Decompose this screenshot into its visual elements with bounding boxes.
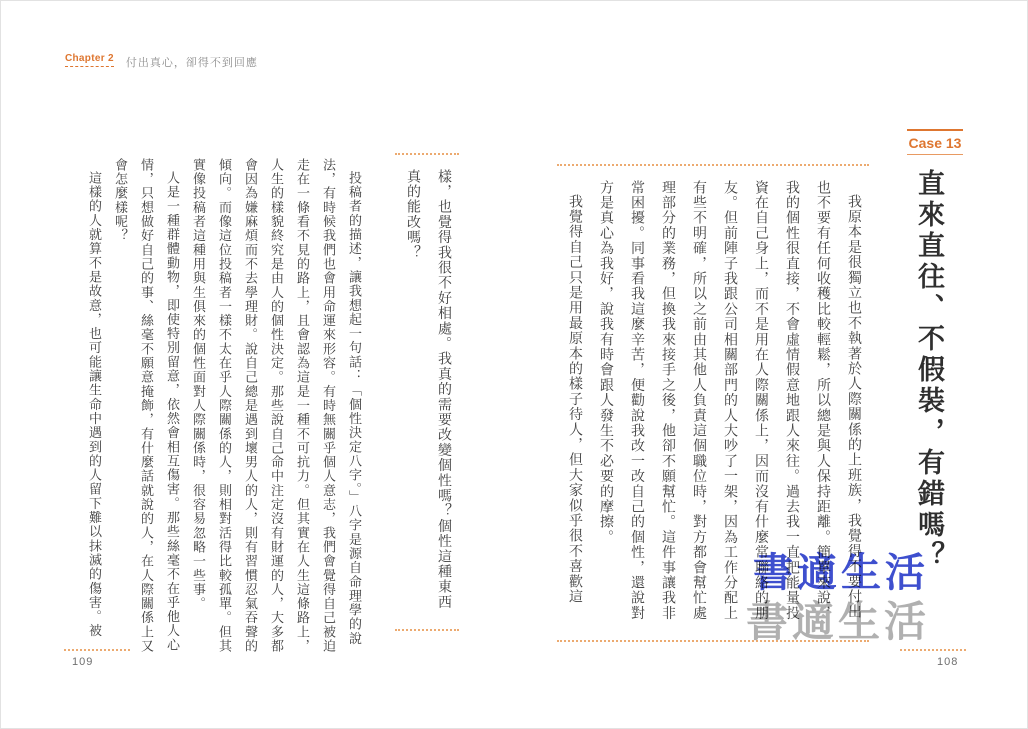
body-paragraph: 人是一種群體動物，即使特別留意，依然會相互傷害。那些絲毫不在乎他人心情，只想做好… <box>107 158 185 655</box>
chapter-label: Chapter 2 <box>65 53 114 67</box>
body-paragraph: 這樣的人就算不是故意，也可能讓生命中遇到的人留下難以抹滅的傷害。被 <box>81 158 107 655</box>
letter-paragraph: 樣，也覺得我很不好相處。我真的需要改變個性嗎？個性這種東西真的能改嗎？ <box>397 169 459 621</box>
folio-rule-right <box>900 649 966 651</box>
case-number-badge: Case 13 <box>907 129 963 155</box>
letter-paragraph: 我覺得自己只是用最原本的樣子待人，但大家似乎很不喜歡這 <box>559 180 590 632</box>
running-header: Chapter 2 付出真心，卻得不到回應 <box>65 53 258 70</box>
reader-letter-continuation: 樣，也覺得我很不好相處。我真的需要改變個性嗎？個性這種東西真的能改嗎？ <box>395 153 459 631</box>
article-title: 直來直往、不假裝，有錯嗎？ <box>907 169 951 599</box>
page-number-right: 108 <box>937 656 958 668</box>
folio-rule-left <box>64 649 130 651</box>
watermark-gray: 書適生活 <box>746 589 930 649</box>
book-spread: Chapter 2 付出真心，卻得不到回應 Case 13 直來直往、不假裝，有… <box>0 0 1028 729</box>
author-response-block: 投稿者的描述，讓我想起一句話：「個性決定八字。」八字是源自命理學的說法，有時候我… <box>79 158 367 655</box>
page-number-left: 109 <box>72 656 93 668</box>
body-paragraph: 投稿者的描述，讓我想起一句話：「個性決定八字。」八字是源自命理學的說法，有時候我… <box>185 158 367 655</box>
chapter-title: 付出真心，卻得不到回應 <box>126 53 258 70</box>
